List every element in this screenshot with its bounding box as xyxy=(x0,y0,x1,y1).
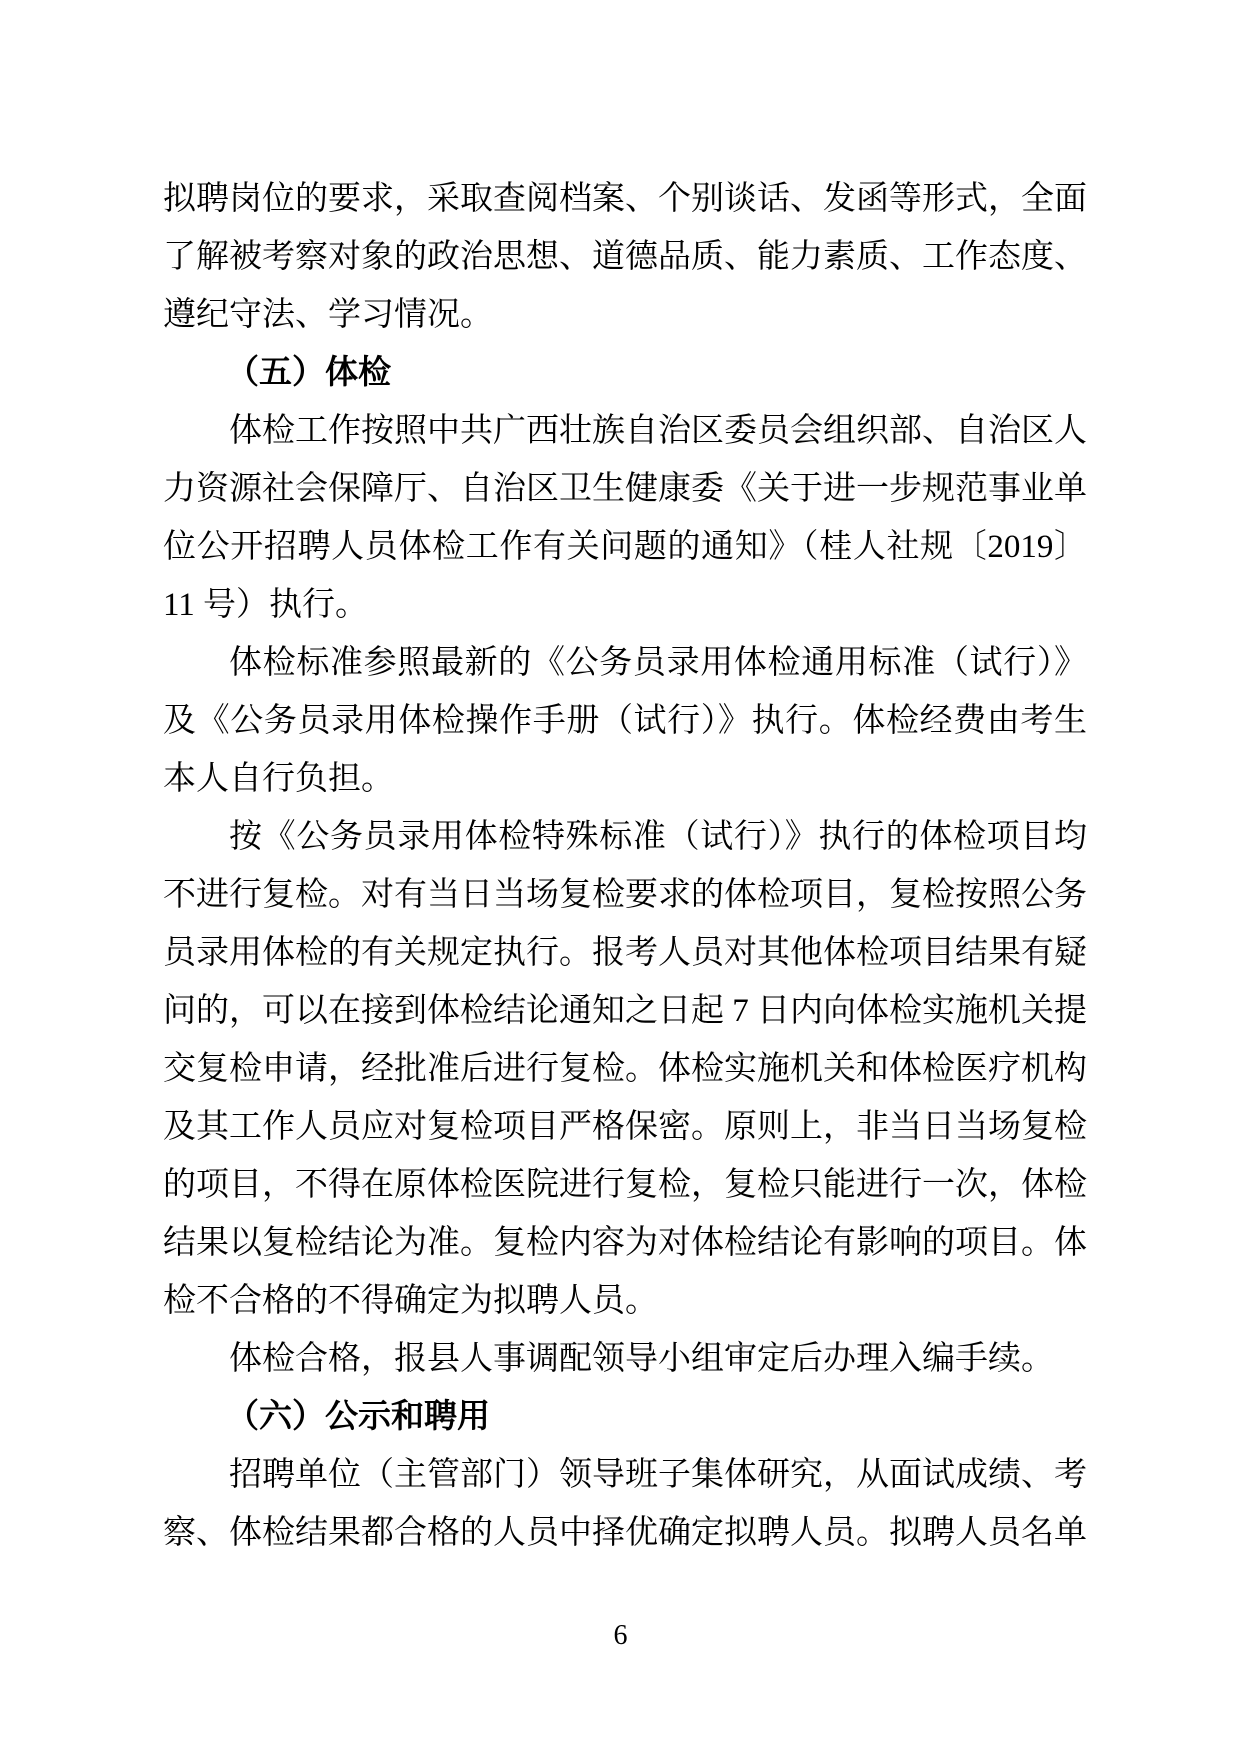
text-line: 了解被考察对象的政治思想、道德品质、能力素质、工作态度、 xyxy=(163,228,1087,286)
text-line: 本人自行负担。 xyxy=(163,750,1087,808)
text-line: 位公开招聘人员体检工作有关问题的通知》（桂人社规〔2019〕 xyxy=(163,518,1087,576)
section-heading-publicity-and-employment: （六）公示和聘用 xyxy=(163,1388,1087,1446)
text-line: 察、体检结果都合格的人员中择优确定拟聘人员。拟聘人员名单 xyxy=(163,1504,1087,1562)
text-line: 体检合格，报县人事调配领导小组审定后办理入编手续。 xyxy=(163,1330,1087,1388)
page-number: 6 xyxy=(0,1622,1241,1650)
text-line: 及其工作人员应对复检项目严格保密。原则上，非当日当场复检 xyxy=(163,1098,1087,1156)
text-line: 力资源社会保障厅、自治区卫生健康委《关于进一步规范事业单 xyxy=(163,460,1087,518)
text-line: 不进行复检。对有当日当场复检要求的体检项目，复检按照公务 xyxy=(163,866,1087,924)
text-line: 检不合格的不得确定为拟聘人员。 xyxy=(163,1272,1087,1330)
text-line: 员录用体检的有关规定执行。报考人员对其他体检项目结果有疑 xyxy=(163,924,1087,982)
text-line: 体检标准参照最新的《公务员录用体检通用标准（试行）》 xyxy=(163,634,1087,692)
document-text-block: 拟聘岗位的要求，采取查阅档案、个别谈话、发函等形式，全面 了解被考察对象的政治思… xyxy=(163,170,1087,1562)
text-line: 招聘单位（主管部门）领导班子集体研究，从面试成绩、考 xyxy=(163,1446,1087,1504)
section-heading-physical-exam: （五）体检 xyxy=(163,344,1087,402)
text-line: 遵纪守法、学习情况。 xyxy=(163,286,1087,344)
text-line: 交复检申请，经批准后进行复检。体检实施机关和体检医疗机构 xyxy=(163,1040,1087,1098)
text-line: 拟聘岗位的要求，采取查阅档案、个别谈话、发函等形式，全面 xyxy=(163,170,1087,228)
document-page: 拟聘岗位的要求，采取查阅档案、个别谈话、发函等形式，全面 了解被考察对象的政治思… xyxy=(0,0,1241,1754)
text-line: 的项目，不得在原体检医院进行复检，复检只能进行一次，体检 xyxy=(163,1156,1087,1214)
text-line: 按《公务员录用体检特殊标准（试行）》执行的体检项目均 xyxy=(163,808,1087,866)
text-line: 体检工作按照中共广西壮族自治区委员会组织部、自治区人 xyxy=(163,402,1087,460)
text-line: 结果以复检结论为准。复检内容为对体检结论有影响的项目。体 xyxy=(163,1214,1087,1272)
text-line: 问的，可以在接到体检结论通知之日起 7 日内向体检实施机关提 xyxy=(163,982,1087,1040)
text-line: 11 号）执行。 xyxy=(163,576,1087,634)
text-line: 及《公务员录用体检操作手册（试行）》执行。体检经费由考生 xyxy=(163,692,1087,750)
